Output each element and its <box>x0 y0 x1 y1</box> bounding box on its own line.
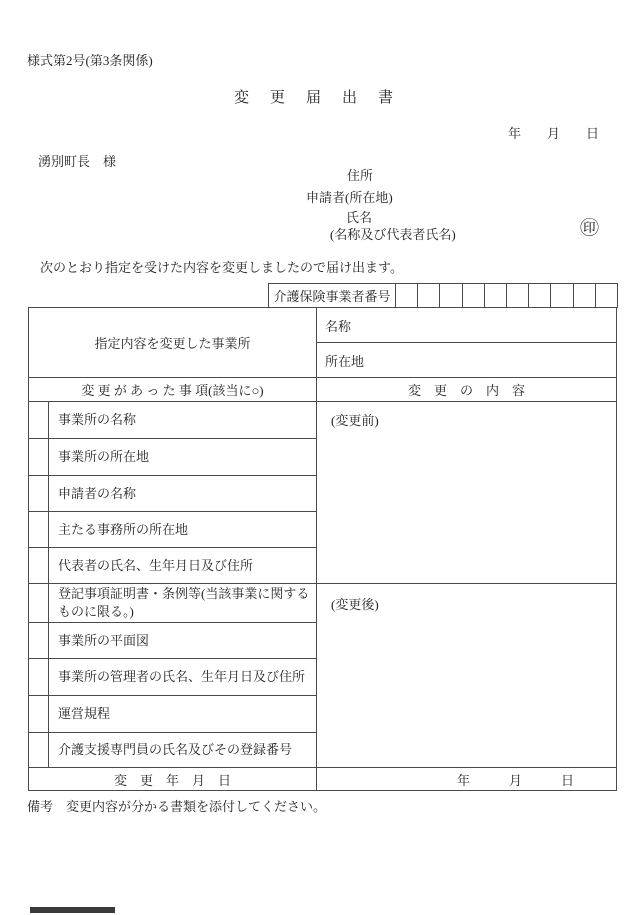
insurer-digit-box <box>396 284 417 307</box>
item-label: 申請者の名称 <box>49 476 316 511</box>
mark-cell <box>29 584 49 622</box>
mark-cell <box>29 439 49 475</box>
document-page: 様式第2号(第3条関係) 変 更 届 出 書 年 月 日 湧別町長 様 住所 申… <box>0 0 630 915</box>
insurer-number-boxes <box>396 284 617 307</box>
mark-cell <box>29 548 49 583</box>
document-title: 変 更 届 出 書 <box>0 86 630 107</box>
change-date-value: 年 月 日 <box>317 768 616 791</box>
change-table: 指定内容を変更した事業所 変 更 が あ っ た 事 項(該当に○) 事業所の名… <box>28 307 617 791</box>
insurer-digit-box <box>573 284 595 307</box>
declaration-text: 次のとおり指定を受けた内容を変更しましたので届け出ます。 <box>40 257 403 276</box>
table-row: 運営規程 <box>29 696 316 733</box>
change-date-label: 変 更 年 月 日 <box>29 768 316 791</box>
item-label: 事業所の管理者の氏名、生年月日及び住所 <box>49 659 316 695</box>
insurer-digit-box <box>595 284 617 307</box>
insurer-digit-box <box>439 284 461 307</box>
item-label: 代表者の氏名、生年月日及び住所 <box>49 548 316 583</box>
insurer-digit-box <box>550 284 572 307</box>
item-label: 事業所の名称 <box>49 402 316 438</box>
table-row: 代表者の氏名、生年月日及び住所 <box>29 548 316 584</box>
remarks-note: 備考 変更内容が分かる書類を添付してください。 <box>27 796 326 815</box>
before-change-cell: (変更前) <box>317 402 616 584</box>
applicant-address-label: 住所 <box>347 165 373 184</box>
item-label: 介護支援専門員の氏名及びその登録番号 <box>49 733 316 767</box>
office-name-label: 名称 <box>317 308 616 343</box>
applicant-label: 申請者(所在地) <box>306 187 393 206</box>
mark-cell <box>29 512 49 547</box>
applicant-name-note: (名称及び代表者氏名) <box>330 224 456 243</box>
table-row: 登記事項証明書・条例等(当該事業に関するものに限る。) <box>29 584 316 623</box>
mark-cell <box>29 476 49 511</box>
table-left-column: 指定内容を変更した事業所 変 更 が あ っ た 事 項(該当に○) 事業所の名… <box>29 308 317 790</box>
after-change-cell: (変更後) <box>317 584 616 768</box>
table-row: 介護支援専門員の氏名及びその登録番号 <box>29 733 316 768</box>
insurer-number-strip: 介護保険事業者番号 <box>268 283 618 308</box>
item-label: 運営規程 <box>49 696 316 732</box>
table-row: 事業所の所在地 <box>29 439 316 476</box>
item-label: 登記事項証明書・条例等(当該事業に関するものに限る。) <box>49 584 316 622</box>
insurer-digit-box <box>417 284 439 307</box>
item-label: 事業所の平面図 <box>49 623 316 658</box>
table-row: 事業所の管理者の氏名、生年月日及び住所 <box>29 659 316 696</box>
item-label: 事業所の所在地 <box>49 439 316 475</box>
office-section-header: 指定内容を変更した事業所 <box>29 308 316 378</box>
insurer-digit-box <box>484 284 506 307</box>
form-number: 様式第2号(第3条関係) <box>27 50 153 69</box>
insurer-number-label: 介護保険事業者番号 <box>269 284 396 307</box>
mark-cell <box>29 623 49 658</box>
office-location-label: 所在地 <box>317 343 616 378</box>
mark-cell <box>29 696 49 732</box>
insurer-digit-box <box>462 284 484 307</box>
table-row: 事業所の名称 <box>29 402 316 439</box>
insurer-digit-box <box>528 284 550 307</box>
mark-cell <box>29 659 49 695</box>
changed-items-header: 変 更 が あ っ た 事 項(該当に○) <box>29 378 316 402</box>
table-right-column: 名称 所在地 変 更 の 内 容 (変更前) (変更後) 年 月 日 <box>317 308 616 790</box>
mark-cell <box>29 733 49 767</box>
table-row: 申請者の名称 <box>29 476 316 512</box>
seal-mark-icon: ㊞ <box>580 213 599 240</box>
date-line: 年 月 日 <box>508 123 599 142</box>
scan-artifact <box>30 907 115 913</box>
table-row: 事業所の平面図 <box>29 623 316 659</box>
addressee: 湧別町長 様 <box>38 151 116 170</box>
item-label: 主たる事務所の所在地 <box>49 512 316 547</box>
table-row: 主たる事務所の所在地 <box>29 512 316 548</box>
insurer-digit-box <box>506 284 528 307</box>
mark-cell <box>29 402 49 438</box>
change-content-header: 変 更 の 内 容 <box>317 378 616 402</box>
